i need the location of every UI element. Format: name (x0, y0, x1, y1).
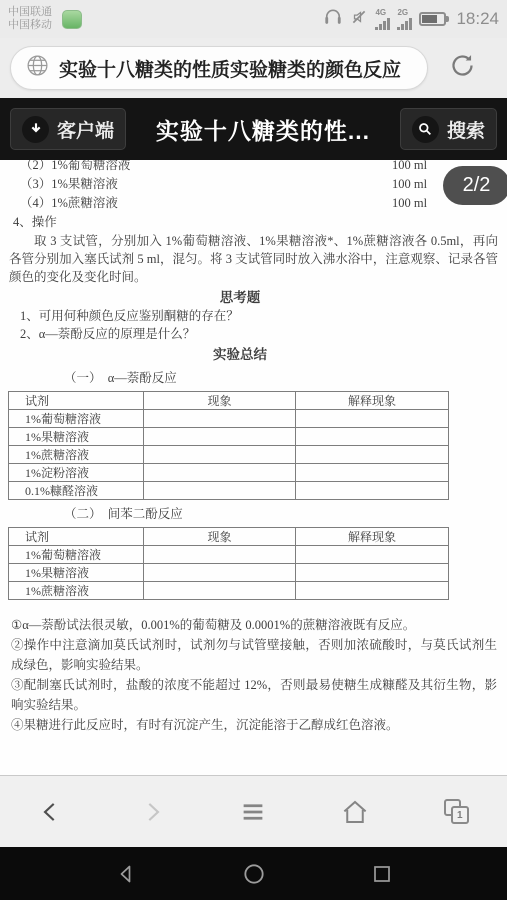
table-cell: 1%果糖溶液 (9, 428, 144, 446)
section-2-label: （二） 间苯二酚反应 (0, 505, 507, 523)
status-time: 18:24 (456, 9, 499, 29)
signal-4g-icon: 4G (375, 9, 390, 30)
supply-label: （2）1%葡萄糖溶液 (20, 160, 130, 172)
carrier-labels: 中国联通 中国移动 (8, 6, 52, 32)
table-row: 1%蔗糖溶液 (9, 446, 449, 464)
supply-label: （3）1%果糖溶液 (20, 177, 118, 191)
page-title: 实验十八糖类的性... (156, 113, 370, 146)
table-row: 1%果糖溶液 (9, 564, 449, 582)
status-bar: 中国联通 中国移动 4G 2 (0, 0, 507, 38)
summary-title: 实验总结 (0, 346, 480, 364)
procedure-paragraph: 取 3 支试管，分别加入 1%葡萄糖溶液、1%果糖溶液*、1%蔗糖溶液各 0.5… (9, 232, 498, 286)
search-button-label: 搜索 (447, 116, 485, 143)
table-header-row: 试剂 现象 解释现象 (9, 392, 449, 410)
step-heading: 4、操作 (0, 213, 507, 232)
table-cell: 0.1%糠醛溶液 (9, 482, 144, 500)
footnotes: ①α—萘酚试法很灵敏，0.001%的葡萄糖及 0.0001%的蔗糖溶液既有反应。… (11, 615, 497, 735)
table-cell-empty (144, 428, 296, 446)
naphthol-reaction-table: 试剂 现象 解释现象 1%葡萄糖溶液 1%果糖溶液 1%蔗糖溶液 1%淀粉溶液 (8, 391, 449, 500)
table-row: 1%蔗糖溶液 (9, 582, 449, 600)
table-cell-empty (144, 410, 296, 428)
table-cell-empty (296, 546, 449, 564)
table-row: 1%淀粉溶液 (9, 464, 449, 482)
supply-amount: 100 ml (392, 175, 427, 194)
footnote-item: ②操作中注意滴加莫氏试剂时，试剂勿与试管壁接触，否则加浓硫酸时，与莫氏试剂生成绿… (11, 635, 497, 675)
search-button[interactable]: 搜索 (400, 108, 497, 150)
table-cell-empty (144, 582, 296, 600)
table-cell-empty (296, 410, 449, 428)
globe-icon (25, 53, 50, 83)
download-icon (22, 116, 49, 143)
refresh-button[interactable] (449, 52, 476, 84)
table-header: 现象 (144, 392, 296, 410)
table-cell: 1%淀粉溶液 (9, 464, 144, 482)
table-header: 现象 (144, 528, 296, 546)
section-1-label: （一） α—萘酚反应 (0, 369, 507, 387)
battery-icon (419, 12, 446, 26)
url-text: 实验十八糖类的性质实验糖类的颜色反应 (59, 55, 401, 82)
footnote-item: ③配制塞氏试剂时，盐酸的浓度不能超过 12%，否则最易使糖生成糠醛及其衍生物，影… (11, 675, 497, 715)
android-back-button[interactable] (106, 854, 146, 894)
status-icons: 4G 2G 18:24 (323, 7, 499, 32)
question-item: 2、α—萘酚反应的原理是什么？ (0, 325, 507, 343)
table-cell-empty (296, 564, 449, 582)
supply-amount: 100 ml (392, 194, 427, 213)
questions-title: 思考题 (0, 289, 480, 307)
table-header-row: 试剂 现象 解释现象 (9, 528, 449, 546)
phone-screen: 中国联通 中国移动 4G 2 (0, 0, 507, 900)
menu-button[interactable] (223, 787, 283, 837)
table-cell-empty (296, 446, 449, 464)
carrier-line-1: 中国联通 (8, 6, 52, 19)
table-header: 解释现象 (296, 528, 449, 546)
table-cell-empty (144, 446, 296, 464)
supply-row: （4）1%蔗糖溶液 100 ml (0, 194, 507, 213)
mute-icon (350, 8, 368, 31)
table-row: 1%果糖溶液 (9, 428, 449, 446)
url-bar[interactable]: 实验十八糖类的性质实验糖类的颜色反应 (10, 46, 428, 90)
table-cell: 1%葡萄糖溶液 (9, 410, 144, 428)
carrier-line-2: 中国移动 (8, 19, 52, 32)
back-button[interactable] (21, 787, 81, 837)
client-download-button[interactable]: 客户端 (10, 108, 126, 150)
footnote-item: ④果糖进行此反应时，有时有沉淀产生，沉淀能溶于乙醇成红色溶液。 (11, 715, 497, 735)
tabs-button[interactable]: 1 (426, 787, 486, 837)
table-header: 解释现象 (296, 392, 449, 410)
forward-button[interactable] (122, 787, 182, 837)
client-button-label: 客户端 (57, 116, 114, 143)
page-position-badge: 2/2 (443, 166, 507, 205)
notification-app-icon (62, 10, 82, 29)
android-nav-bar (0, 847, 507, 900)
table-cell-empty (296, 464, 449, 482)
table-cell-empty (144, 482, 296, 500)
search-icon (412, 116, 439, 143)
table-cell: 1%果糖溶液 (9, 564, 144, 582)
android-home-button[interactable] (234, 854, 274, 894)
signal-bars (375, 18, 390, 30)
table-cell: 1%蔗糖溶液 (9, 582, 144, 600)
supply-label: （4）1%蔗糖溶液 (20, 196, 118, 210)
signal-bars (397, 18, 412, 30)
tab-count: 1 (451, 806, 469, 824)
table-cell: 1%葡萄糖溶液 (9, 546, 144, 564)
table-cell-empty (144, 564, 296, 582)
table-cell-empty (296, 428, 449, 446)
address-row: 实验十八糖类的性质实验糖类的颜色反应 (0, 38, 507, 98)
tabs-icon: 1 (443, 798, 470, 825)
home-button[interactable] (325, 787, 385, 837)
table-cell: 1%蔗糖溶液 (9, 446, 144, 464)
table-row: 1%葡萄糖溶液 (9, 410, 449, 428)
table-row: 1%葡萄糖溶液 (9, 546, 449, 564)
question-item: 1、可用何种颜色反应鉴别酮糖的存在？ (0, 307, 507, 325)
table-cell-empty (144, 464, 296, 482)
table-header: 试剂 (9, 392, 144, 410)
table-row: 0.1%糠醛溶液 (9, 482, 449, 500)
supply-row: （2）1%葡萄糖溶液 100 ml (0, 160, 507, 175)
signal-2g-icon: 2G (397, 9, 412, 30)
table-cell-empty (144, 546, 296, 564)
network-type-label: 4G (375, 9, 386, 17)
resorcinol-reaction-table: 试剂 现象 解释现象 1%葡萄糖溶液 1%果糖溶液 1%蔗糖溶液 (8, 527, 449, 600)
browser-bottom-bar: 1 (0, 775, 507, 847)
android-recents-button[interactable] (362, 854, 402, 894)
footnote-item: ①α—萘酚试法很灵敏，0.001%的葡萄糖及 0.0001%的蔗糖溶液既有反应。 (11, 615, 497, 635)
supply-row: （3）1%果糖溶液 100 ml (0, 175, 507, 194)
network-type-label: 2G (397, 9, 408, 17)
app-toolbar: 客户端 实验十八糖类的性... 搜索 (0, 98, 507, 160)
document-viewport[interactable]: （2）1%葡萄糖溶液 100 ml （3）1%果糖溶液 100 ml （4）1%… (0, 160, 507, 775)
table-header: 试剂 (9, 528, 144, 546)
headphones-icon (323, 7, 343, 32)
table-cell-empty (296, 582, 449, 600)
table-cell-empty (296, 482, 449, 500)
supply-amount: 100 ml (392, 160, 427, 175)
